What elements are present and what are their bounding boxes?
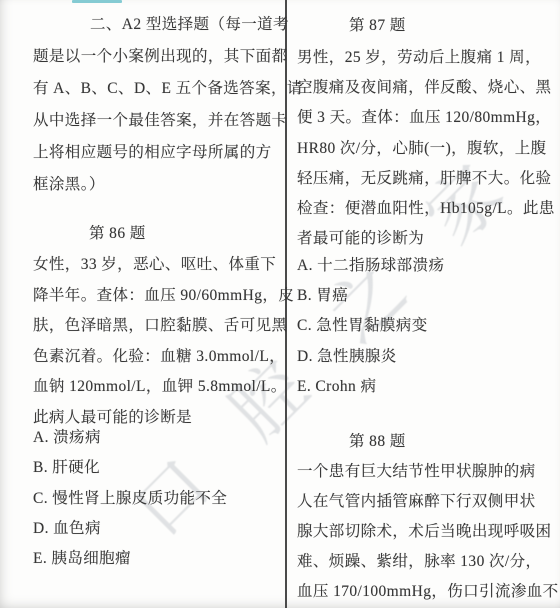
- question-86-options: A. 溃疡病 B. 肝硬化 C. 慢性肾上腺皮质功能不全 D. 血色病 E. 胰…: [33, 423, 283, 574]
- section-a2-instructions: 二、A2 型选择题（每一道考 题是以一个小案例出现的，其下面都 有 A、B、C、…: [33, 9, 283, 201]
- question-87-options: A. 十二指肠球部溃疡 B. 胃癌 C. 急性胃黏膜病变 D. 急性胰腺炎 E.…: [297, 251, 559, 402]
- question-87-title: 第 87 题: [297, 11, 560, 42]
- left-column: 二、A2 型选择题（每一道考 题是以一个小案例出现的，其下面都 有 A、B、C、…: [33, 0, 283, 608]
- question-88-title: 第 88 题: [297, 427, 560, 458]
- exam-document-page: 口腔之家 二、A2 型选择题（每一道考 题是以一个小案例出现的，其下面都 有 A…: [0, 0, 560, 608]
- question-86-body: 女性，33 岁，恶心、呕吐、体重下 降半年。查体：血压 90/60mmHg，皮 …: [33, 250, 283, 433]
- question-87-body: 男性，25 岁，劳动后上腹痛 1 周， 空腹痛及夜间痛，伴反酸、烧心、黑 便 3…: [297, 43, 559, 254]
- question-86-title: 第 86 题: [33, 219, 339, 250]
- right-column: 第 87 题 男性，25 岁，劳动后上腹痛 1 周， 空腹痛及夜间痛，伴反酸、烧…: [297, 0, 559, 608]
- question-88-body: 一个患有巨大结节性甲状腺肿的病 人在气管内插管麻醉下行双侧甲状 腺大部切除术，术…: [297, 457, 559, 607]
